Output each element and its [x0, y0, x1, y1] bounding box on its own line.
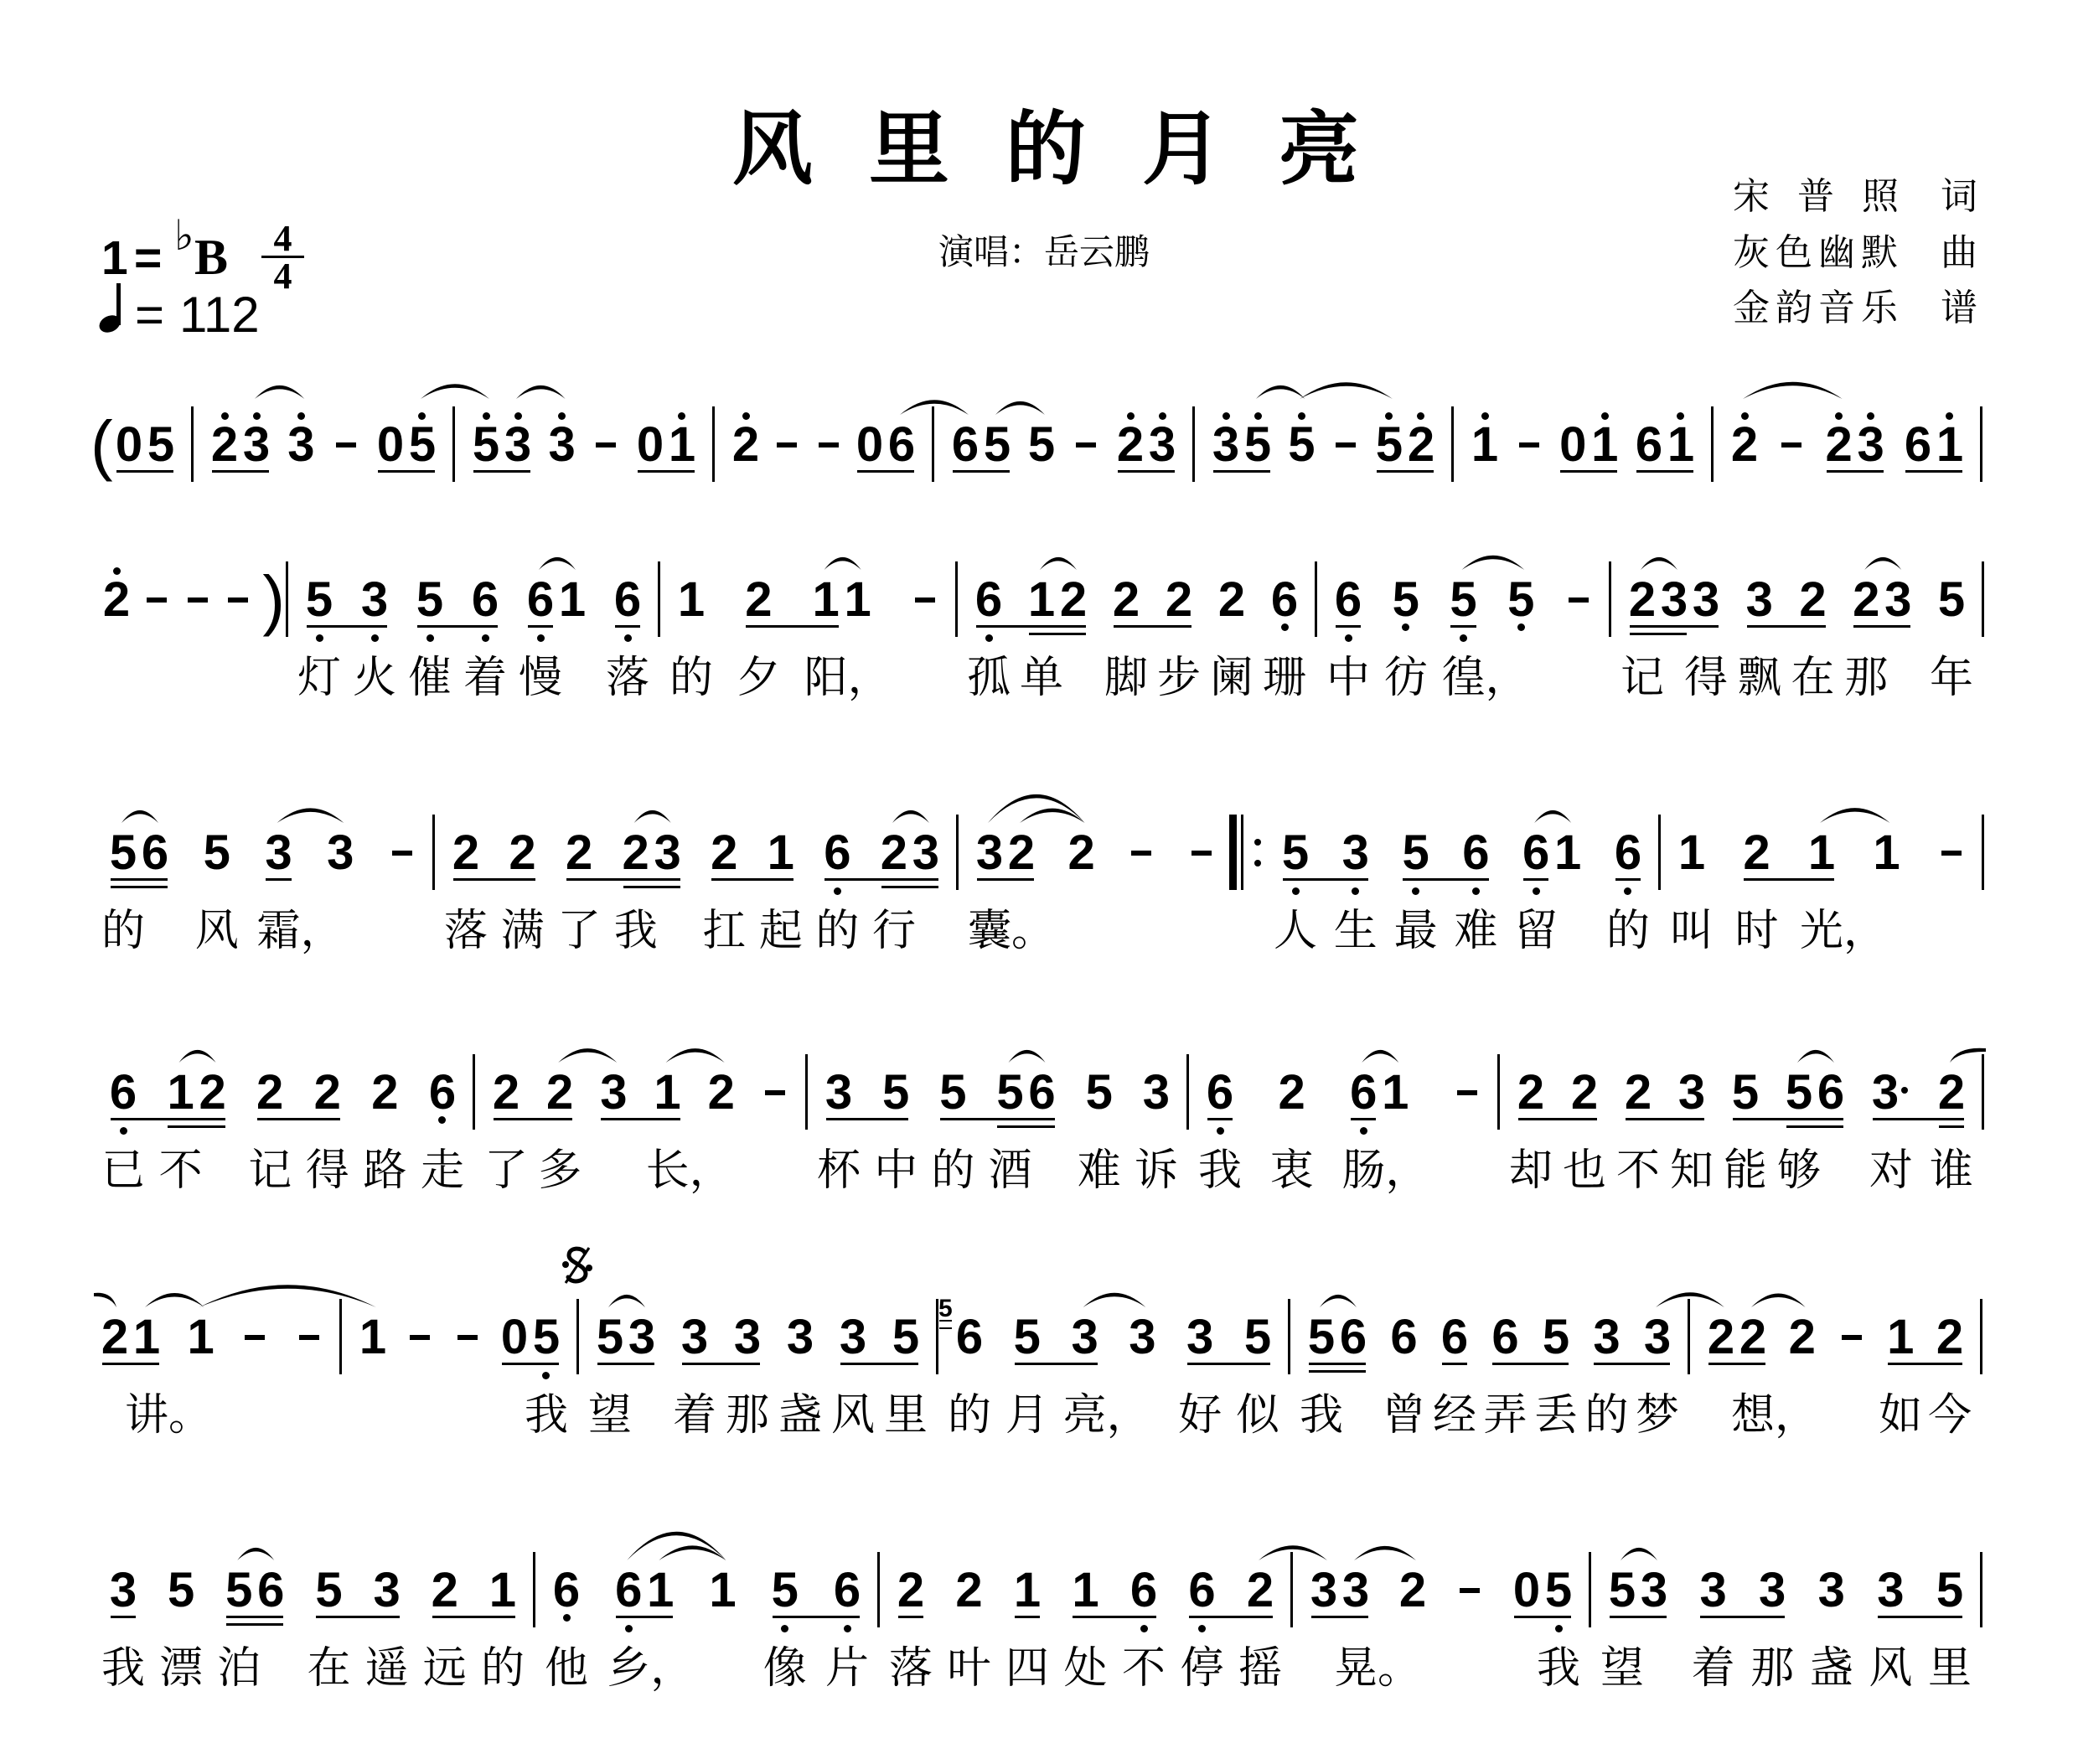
slur — [1461, 556, 1524, 570]
slur — [892, 810, 929, 823]
slur — [1534, 810, 1571, 823]
slur — [1621, 1548, 1657, 1560]
slur — [1820, 808, 1890, 823]
slur — [634, 810, 671, 823]
slur — [1950, 1048, 1986, 1063]
slur — [1020, 809, 1085, 823]
slur — [608, 1295, 645, 1307]
slur — [179, 1050, 216, 1063]
slur — [1083, 1293, 1146, 1307]
slur — [1009, 1050, 1046, 1063]
slur — [1641, 557, 1677, 570]
slur — [1864, 557, 1901, 570]
slur — [199, 1285, 376, 1307]
slur — [94, 1293, 116, 1307]
slur — [1040, 557, 1077, 570]
slur — [1656, 1292, 1724, 1307]
slur — [255, 385, 304, 399]
slur — [1256, 385, 1305, 399]
slur — [1354, 1546, 1416, 1560]
slur — [988, 794, 1085, 823]
slur — [1751, 1293, 1806, 1307]
slur — [516, 385, 566, 399]
slur — [558, 1048, 617, 1063]
slur — [1259, 1545, 1327, 1560]
slur — [277, 808, 344, 823]
slur — [900, 400, 969, 415]
slur — [659, 1545, 726, 1560]
slur — [145, 1293, 204, 1307]
slur — [824, 557, 861, 570]
slur — [1362, 1050, 1398, 1063]
slur — [121, 810, 158, 823]
slur — [1320, 1295, 1357, 1307]
slur — [421, 384, 489, 399]
slur — [995, 401, 1045, 415]
slur — [1797, 1050, 1834, 1063]
slur — [627, 1532, 726, 1560]
slur — [539, 557, 576, 570]
sheet-music-page: 风里的月亮 演唱：岳云鹏 宋普照 词 灰色幽默 曲 金韵音乐 谱 1 = ♭ B… — [0, 0, 2078, 1764]
slur-layer — [0, 0, 2078, 1764]
slur — [666, 1048, 725, 1063]
slur — [237, 1548, 274, 1560]
slur — [1300, 382, 1393, 399]
slur — [1743, 382, 1843, 399]
